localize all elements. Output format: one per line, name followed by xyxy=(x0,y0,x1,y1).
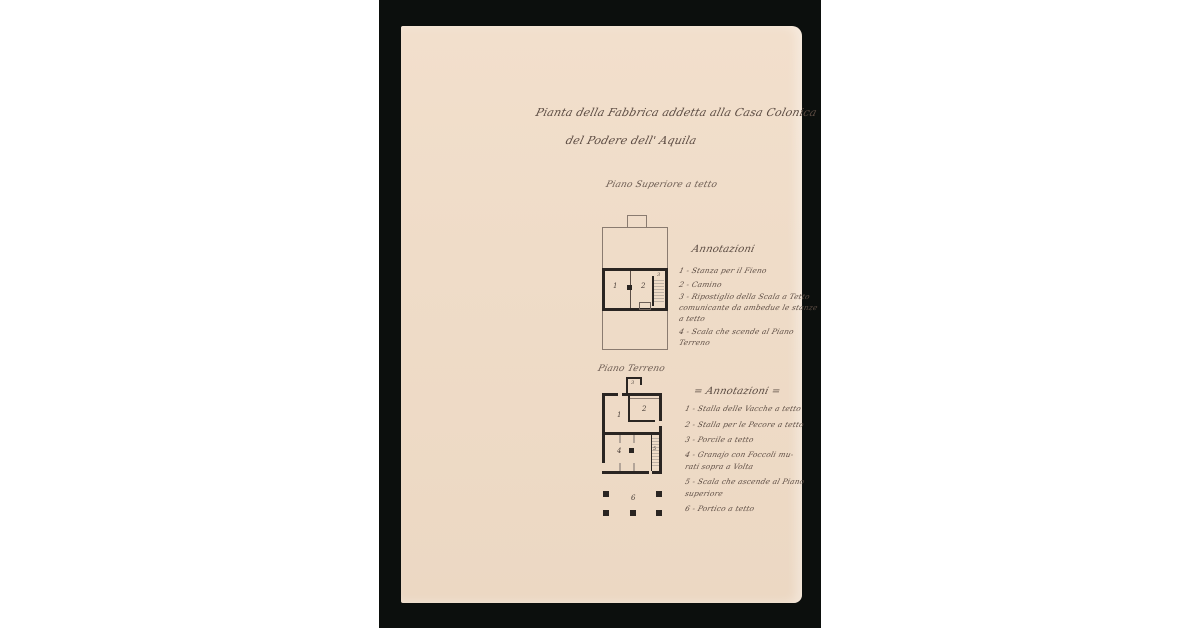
room-number: 5 xyxy=(653,446,656,452)
room-number: 3 xyxy=(657,272,660,278)
ground-floor-label: Piano Terreno xyxy=(597,364,666,374)
annotation-item: 5 - Scala che ascende al Piano xyxy=(684,477,806,488)
document-title-line-1: Pianta della Fabbrica addetta alla Casa … xyxy=(534,106,818,119)
annotation-item: 1 - Stanza per il Fieno xyxy=(678,266,768,277)
annotation-item: 4 - Granajo con Foccoli mu- xyxy=(684,450,795,461)
room-number: 1 xyxy=(617,411,621,419)
annotation-item: 2 - Stalla per le Pecore a tetto xyxy=(684,420,805,431)
room-number: 2 xyxy=(641,282,645,290)
annotation-item: 1 - Stalla delle Vacche a tetto xyxy=(684,404,803,415)
room-number: 4 xyxy=(617,447,621,455)
annotation-item: 4 - Scala che scende al Piano xyxy=(678,327,795,338)
annotation-item: superiore xyxy=(684,489,724,500)
annotation-item: rati sopra a Volta xyxy=(684,462,755,473)
annotations-title: = Annotazioni = xyxy=(693,386,782,397)
annotation-item: 3 - Porcile a tetto xyxy=(684,435,755,446)
upper-floor-label: Piano Superiore a tetto xyxy=(605,180,718,190)
document-title-line-2: del Podere dell' Aquila xyxy=(564,134,698,147)
room-number: 3 xyxy=(631,380,634,386)
annotations-title: Annotazioni xyxy=(691,244,756,255)
annotation-item: a tetto xyxy=(678,314,707,325)
room-number: 1 xyxy=(613,282,617,290)
room-number: 2 xyxy=(642,405,646,413)
annotation-item: 2 - Camino xyxy=(678,280,723,291)
annotation-item: comunicante da ambedue le stanze xyxy=(678,303,819,314)
room-number: 6 xyxy=(631,494,635,502)
annotation-item: 3 - Ripostiglio della Scala a Tetto xyxy=(678,292,811,303)
annotation-item: Terreno xyxy=(678,338,711,349)
annotation-item: 6 - Portico a tetto xyxy=(684,504,756,515)
manuscript-page: Pianta della Fabbrica addetta alla Casa … xyxy=(401,26,802,603)
